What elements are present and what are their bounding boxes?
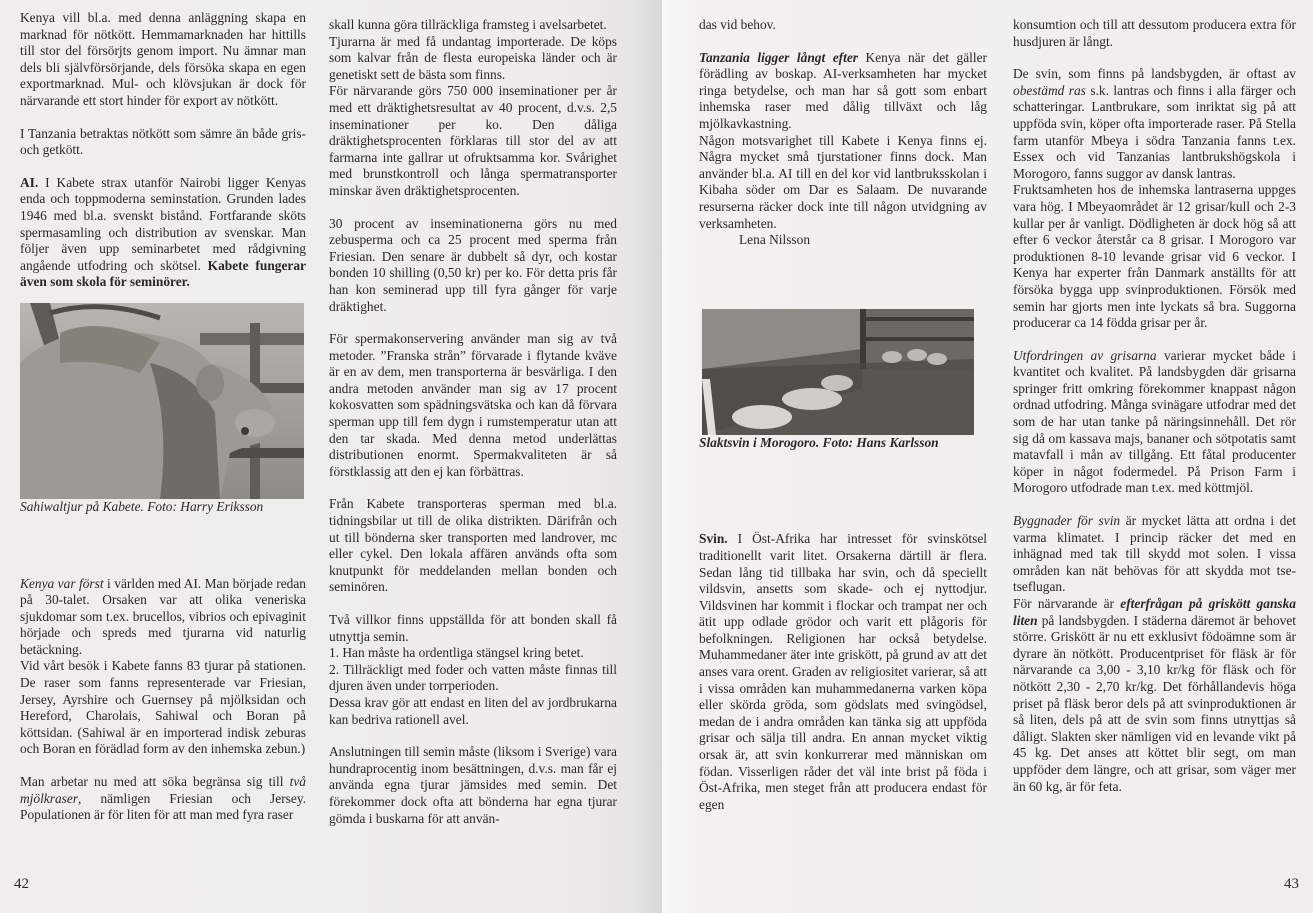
- paragraph: Kenya var först i världen med AI. Man bö…: [20, 576, 306, 659]
- column-1: Kenya vill bl.a. med denna anläggning sk…: [20, 10, 306, 824]
- paragraph-ai: AI. I Kabete strax utanför Nairobi ligge…: [20, 175, 306, 291]
- paragraph: De svin, som finns på landsbygden, är of…: [1013, 66, 1296, 182]
- section-lead: Svin.: [699, 531, 728, 546]
- photo-pigs: [702, 309, 974, 435]
- photo-caption: Sahiwaltjur på Kabete. Foto: Harry Eriks…: [20, 499, 306, 516]
- column-4: konsumtion och till att dessutom produce…: [1013, 17, 1296, 795]
- paragraph: För närvarande är efterfrågan på grisköt…: [1013, 596, 1296, 795]
- photo-caption: Slaktsvin i Morogoro. Foto: Hans Karlsso…: [699, 435, 987, 452]
- paragraph: I Tanzania betraktas nötkött som sämre ä…: [20, 126, 306, 159]
- paragraph: 30 procent av inseminationerna görs nu m…: [329, 216, 617, 316]
- page-number-left: 42: [14, 876, 29, 893]
- left-page: Kenya vill bl.a. med denna anläggning sk…: [0, 0, 662, 913]
- paragraph: Utfordringen av grisarna varierar mycket…: [1013, 348, 1296, 497]
- author-signature: Lena Nilsson: [699, 232, 987, 249]
- list-item: 1. Han måste ha ordentliga stängsel krin…: [329, 645, 617, 662]
- paragraph: För närvarande görs 750 000 insemination…: [329, 83, 617, 199]
- column-2: skall kunna göra tillräckliga framsteg i…: [329, 17, 617, 827]
- pigs-photo-image: [702, 309, 974, 435]
- paragraph: Vid vårt besök i Kabete fanns 83 tjurar …: [20, 658, 306, 758]
- photo-sahiwal-bull: [20, 303, 304, 499]
- paragraph: Kenya vill bl.a. med denna anläggning sk…: [20, 10, 306, 110]
- paragraph: Tanzania ligger långt efter Kenya när de…: [699, 50, 987, 133]
- page-number-right: 43: [1284, 876, 1299, 893]
- paragraph: Man arbetar nu med att söka begränsa sig…: [20, 774, 306, 824]
- section-lead: AI.: [20, 175, 38, 190]
- paragraph: Byggnader för svin är mycket lätta att o…: [1013, 513, 1296, 596]
- paragraph: Anslutningen till semin måste (liksom i …: [329, 744, 617, 827]
- bull-photo-image: [20, 303, 304, 499]
- column-3: das vid behov. Tanzania ligger långt eft…: [699, 17, 987, 813]
- paragraph: För spermakonservering använder man sig …: [329, 331, 617, 480]
- paragraph: Fruktsamheten hos de inhemska lantrasern…: [1013, 182, 1296, 331]
- right-page: das vid behov. Tanzania ligger långt eft…: [662, 0, 1313, 913]
- paragraph: skall kunna göra tillräckliga framsteg i…: [329, 17, 617, 34]
- paragraph: Dessa krav gör att endast en liten del a…: [329, 695, 617, 728]
- paragraph-svin: Svin. I Öst-Afrika har intresset för svi…: [699, 531, 987, 813]
- paragraph: Två villkor finns uppställda för att bon…: [329, 612, 617, 645]
- list-item: 2. Tillräckligt med foder och vatten mås…: [329, 662, 617, 695]
- paragraph: konsumtion och till att dessutom produce…: [1013, 17, 1296, 50]
- paragraph: Från Kabete transporteras sperman med bl…: [329, 496, 617, 596]
- paragraph: das vid behov.: [699, 17, 987, 34]
- book-spread: Kenya vill bl.a. med denna anläggning sk…: [0, 0, 1313, 913]
- paragraph: Tjurarna är med få undantag importerade.…: [329, 34, 617, 84]
- paragraph: Någon motsvarighet till Kabete i Kenya f…: [699, 133, 987, 233]
